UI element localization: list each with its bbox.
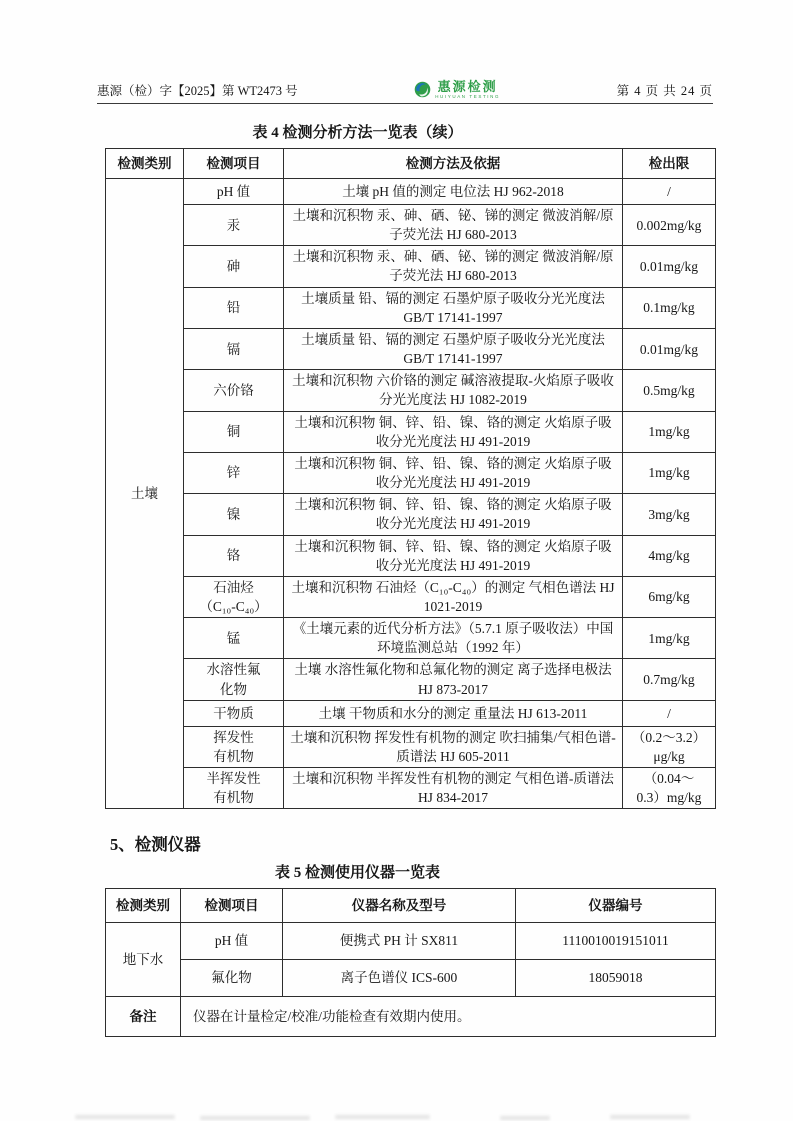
method-cell: 土壤和沉积物 挥发性有机物的测定 吹扫捕集/气相色谱-质谱法 HJ 605-20…: [284, 726, 623, 767]
item-cell: 石油烃 （C₁₀-C₄₀）: [184, 576, 284, 617]
limit-cell: （0.04～ 0.3）mg/kg: [623, 768, 716, 809]
method-cell: 土壤质量 铅、镉的测定 石墨炉原子吸收分光光度法 GB/T 17141-1997: [284, 287, 623, 328]
logo-text: 惠源检测 HUIYUAN TESTING: [435, 80, 500, 100]
table-row: 铜 土壤和沉积物 铜、锌、铅、镍、铬的测定 火焰原子吸收分光光度法 HJ 491…: [106, 411, 716, 452]
header-row: 检测类别 检测项目 仪器名称及型号 仪器编号: [106, 889, 716, 923]
method-cell: 《土壤元素的近代分析方法》（5.7.1 原子吸收法）中国环境监测总站（1992 …: [284, 618, 623, 659]
table4-title: 表 4 检测分析方法一览表（续）: [0, 121, 715, 142]
column-header: 检测方法及依据: [284, 149, 623, 179]
column-header: 仪器编号: [516, 889, 716, 923]
limit-cell: 0.01mg/kg: [623, 246, 716, 287]
table-row: 挥发性 有机物 土壤和沉积物 挥发性有机物的测定 吹扫捕集/气相色谱-质谱法 H…: [106, 726, 716, 767]
method-table: 检测类别 检测项目 检测方法及依据 检出限 土壤 pH 值 土壤 pH 值的测定…: [105, 148, 716, 809]
item-cell: pH 值: [184, 179, 284, 205]
item-cell: 镍: [184, 494, 284, 535]
table-row: 石油烃 （C₁₀-C₄₀） 土壤和沉积物 石油烃（C₁₀-C₄₀）的测定 气相色…: [106, 576, 716, 617]
item-cell: 挥发性 有机物: [184, 726, 284, 767]
table-row: 锌 土壤和沉积物 铜、锌、铅、镍、铬的测定 火焰原子吸收分光光度法 HJ 491…: [106, 452, 716, 493]
table-row: 铬 土壤和沉积物 铜、锌、铅、镍、铬的测定 火焰原子吸收分光光度法 HJ 491…: [106, 535, 716, 576]
table-row: 氟化物 离子色谱仪 ICS-600 18059018: [106, 960, 716, 997]
column-header: 检出限: [623, 149, 716, 179]
item-cell: 锌: [184, 452, 284, 493]
logo-globe-icon: [414, 81, 431, 98]
table-row: 镍 土壤和沉积物 铜、锌、铅、镍、铬的测定 火焰原子吸收分光光度法 HJ 491…: [106, 494, 716, 535]
method-cell: 土壤和沉积物 六价铬的测定 碱溶液提取-火焰原子吸收分光光度法 HJ 1082-…: [284, 370, 623, 411]
logo-company-name: 惠源检测: [438, 80, 498, 93]
table-row: 砷 土壤和沉积物 汞、砷、硒、铋、锑的测定 微波消解/原子荧光法 HJ 680-…: [106, 246, 716, 287]
table-row: 土壤 pH 值 土壤 pH 值的测定 电位法 HJ 962-2018 /: [106, 179, 716, 205]
limit-cell: 0.1mg/kg: [623, 287, 716, 328]
scan-artifact: [500, 1116, 550, 1120]
table-row: 地下水 pH 值 便携式 PH 计 SX811 1110010019151011: [106, 923, 716, 960]
page-number: 第 4 页 共 24 页: [617, 81, 713, 99]
scan-artifact: [75, 1115, 175, 1119]
limit-cell: （0.2～3.2） μg/kg: [623, 726, 716, 767]
limit-cell: /: [623, 700, 716, 726]
column-header: 检测类别: [106, 149, 184, 179]
item-cell: pH 值: [181, 923, 283, 960]
item-cell: 铜: [184, 411, 284, 452]
limit-cell: 0.002mg/kg: [623, 205, 716, 246]
method-cell: 土壤 水溶性氟化物和总氟化物的测定 离子选择电极法 HJ 873-2017: [284, 659, 623, 700]
method-cell: 土壤和沉积物 石油烃（C₁₀-C₄₀）的测定 气相色谱法 HJ 1021-201…: [284, 576, 623, 617]
table-row: 六价铬 土壤和沉积物 六价铬的测定 碱溶液提取-火焰原子吸收分光光度法 HJ 1…: [106, 370, 716, 411]
item-cell: 六价铬: [184, 370, 284, 411]
column-header: 检测类别: [106, 889, 181, 923]
limit-cell: 1mg/kg: [623, 411, 716, 452]
method-cell: 土壤 pH 值的测定 电位法 HJ 962-2018: [284, 179, 623, 205]
item-cell: 氟化物: [181, 960, 283, 997]
note-label-cell: 备注: [106, 997, 181, 1037]
item-cell: 干物质: [184, 700, 284, 726]
instrument-cell: 离子色谱仪 ICS-600: [283, 960, 516, 997]
method-cell: 土壤和沉积物 半挥发性有机物的测定 气相色谱-质谱法 HJ 834-2017: [284, 768, 623, 809]
scan-artifact: [335, 1115, 430, 1119]
instrument-table: 检测类别 检测项目 仪器名称及型号 仪器编号 地下水 pH 值 便携式 PH 计…: [105, 888, 716, 1037]
table-row: 镉 土壤质量 铅、镉的测定 石墨炉原子吸收分光光度法 GB/T 17141-19…: [106, 328, 716, 369]
limit-cell: 0.7mg/kg: [623, 659, 716, 700]
category-cell: 土壤: [106, 179, 184, 809]
column-header: 检测项目: [181, 889, 283, 923]
table-row: 汞 土壤和沉积物 汞、砷、硒、铋、锑的测定 微波消解/原子荧光法 HJ 680-…: [106, 205, 716, 246]
method-cell: 土壤质量 铅、镉的测定 石墨炉原子吸收分光光度法 GB/T 17141-1997: [284, 328, 623, 369]
limit-cell: 1mg/kg: [623, 618, 716, 659]
serial-cell: 18059018: [516, 960, 716, 997]
table-row: 锰 《土壤元素的近代分析方法》（5.7.1 原子吸收法）中国环境监测总站（199…: [106, 618, 716, 659]
item-cell: 锰: [184, 618, 284, 659]
table-row: 干物质 土壤 干物质和水分的测定 重量法 HJ 613-2011 /: [106, 700, 716, 726]
note-row: 备注 仪器在计量检定/校准/功能检查有效期内使用。: [106, 997, 716, 1037]
page-header: 惠源（检）字【2025】第 WT2473 号 惠源检测 HUIYUAN TEST…: [97, 76, 713, 104]
item-cell: 铬: [184, 535, 284, 576]
item-cell: 半挥发性 有机物: [184, 768, 284, 809]
scan-artifact: [200, 1116, 310, 1120]
table-row: 水溶性氟 化物 土壤 水溶性氟化物和总氟化物的测定 离子选择电极法 HJ 873…: [106, 659, 716, 700]
item-cell: 镉: [184, 328, 284, 369]
table5-title: 表 5 检测使用仪器一览表: [0, 861, 715, 882]
limit-cell: 4mg/kg: [623, 535, 716, 576]
instrument-cell: 便携式 PH 计 SX811: [283, 923, 516, 960]
header-row: 检测类别 检测项目 检测方法及依据 检出限: [106, 149, 716, 179]
document-page: 惠源（检）字【2025】第 WT2473 号 惠源检测 HUIYUAN TEST…: [0, 0, 793, 1121]
limit-cell: 1mg/kg: [623, 452, 716, 493]
column-header: 检测项目: [184, 149, 284, 179]
method-cell: 土壤和沉积物 汞、砷、硒、铋、锑的测定 微波消解/原子荧光法 HJ 680-20…: [284, 205, 623, 246]
limit-cell: /: [623, 179, 716, 205]
section5-heading: 5、检测仪器: [110, 831, 201, 855]
method-cell: 土壤和沉积物 铜、锌、铅、镍、铬的测定 火焰原子吸收分光光度法 HJ 491-2…: [284, 494, 623, 535]
item-cell: 水溶性氟 化物: [184, 659, 284, 700]
limit-cell: 3mg/kg: [623, 494, 716, 535]
limit-cell: 6mg/kg: [623, 576, 716, 617]
document-number: 惠源（检）字【2025】第 WT2473 号: [97, 81, 298, 99]
table-row: 铅 土壤质量 铅、镉的测定 石墨炉原子吸收分光光度法 GB/T 17141-19…: [106, 287, 716, 328]
limit-cell: 0.5mg/kg: [623, 370, 716, 411]
company-logo: 惠源检测 HUIYUAN TESTING: [414, 80, 500, 100]
limit-cell: 0.01mg/kg: [623, 328, 716, 369]
method-cell: 土壤和沉积物 铜、锌、铅、镍、铬的测定 火焰原子吸收分光光度法 HJ 491-2…: [284, 411, 623, 452]
method-cell: 土壤和沉积物 铜、锌、铅、镍、铬的测定 火焰原子吸收分光光度法 HJ 491-2…: [284, 535, 623, 576]
method-cell: 土壤 干物质和水分的测定 重量法 HJ 613-2011: [284, 700, 623, 726]
item-cell: 铅: [184, 287, 284, 328]
note-text-cell: 仪器在计量检定/校准/功能检查有效期内使用。: [181, 997, 716, 1037]
item-cell: 砷: [184, 246, 284, 287]
serial-cell: 1110010019151011: [516, 923, 716, 960]
table-row: 半挥发性 有机物 土壤和沉积物 半挥发性有机物的测定 气相色谱-质谱法 HJ 8…: [106, 768, 716, 809]
method-cell: 土壤和沉积物 铜、锌、铅、镍、铬的测定 火焰原子吸收分光光度法 HJ 491-2…: [284, 452, 623, 493]
method-cell: 土壤和沉积物 汞、砷、硒、铋、锑的测定 微波消解/原子荧光法 HJ 680-20…: [284, 246, 623, 287]
scan-artifact: [610, 1115, 690, 1119]
item-cell: 汞: [184, 205, 284, 246]
category-cell: 地下水: [106, 923, 181, 997]
column-header: 仪器名称及型号: [283, 889, 516, 923]
logo-subtext: HUIYUAN TESTING: [435, 95, 500, 100]
